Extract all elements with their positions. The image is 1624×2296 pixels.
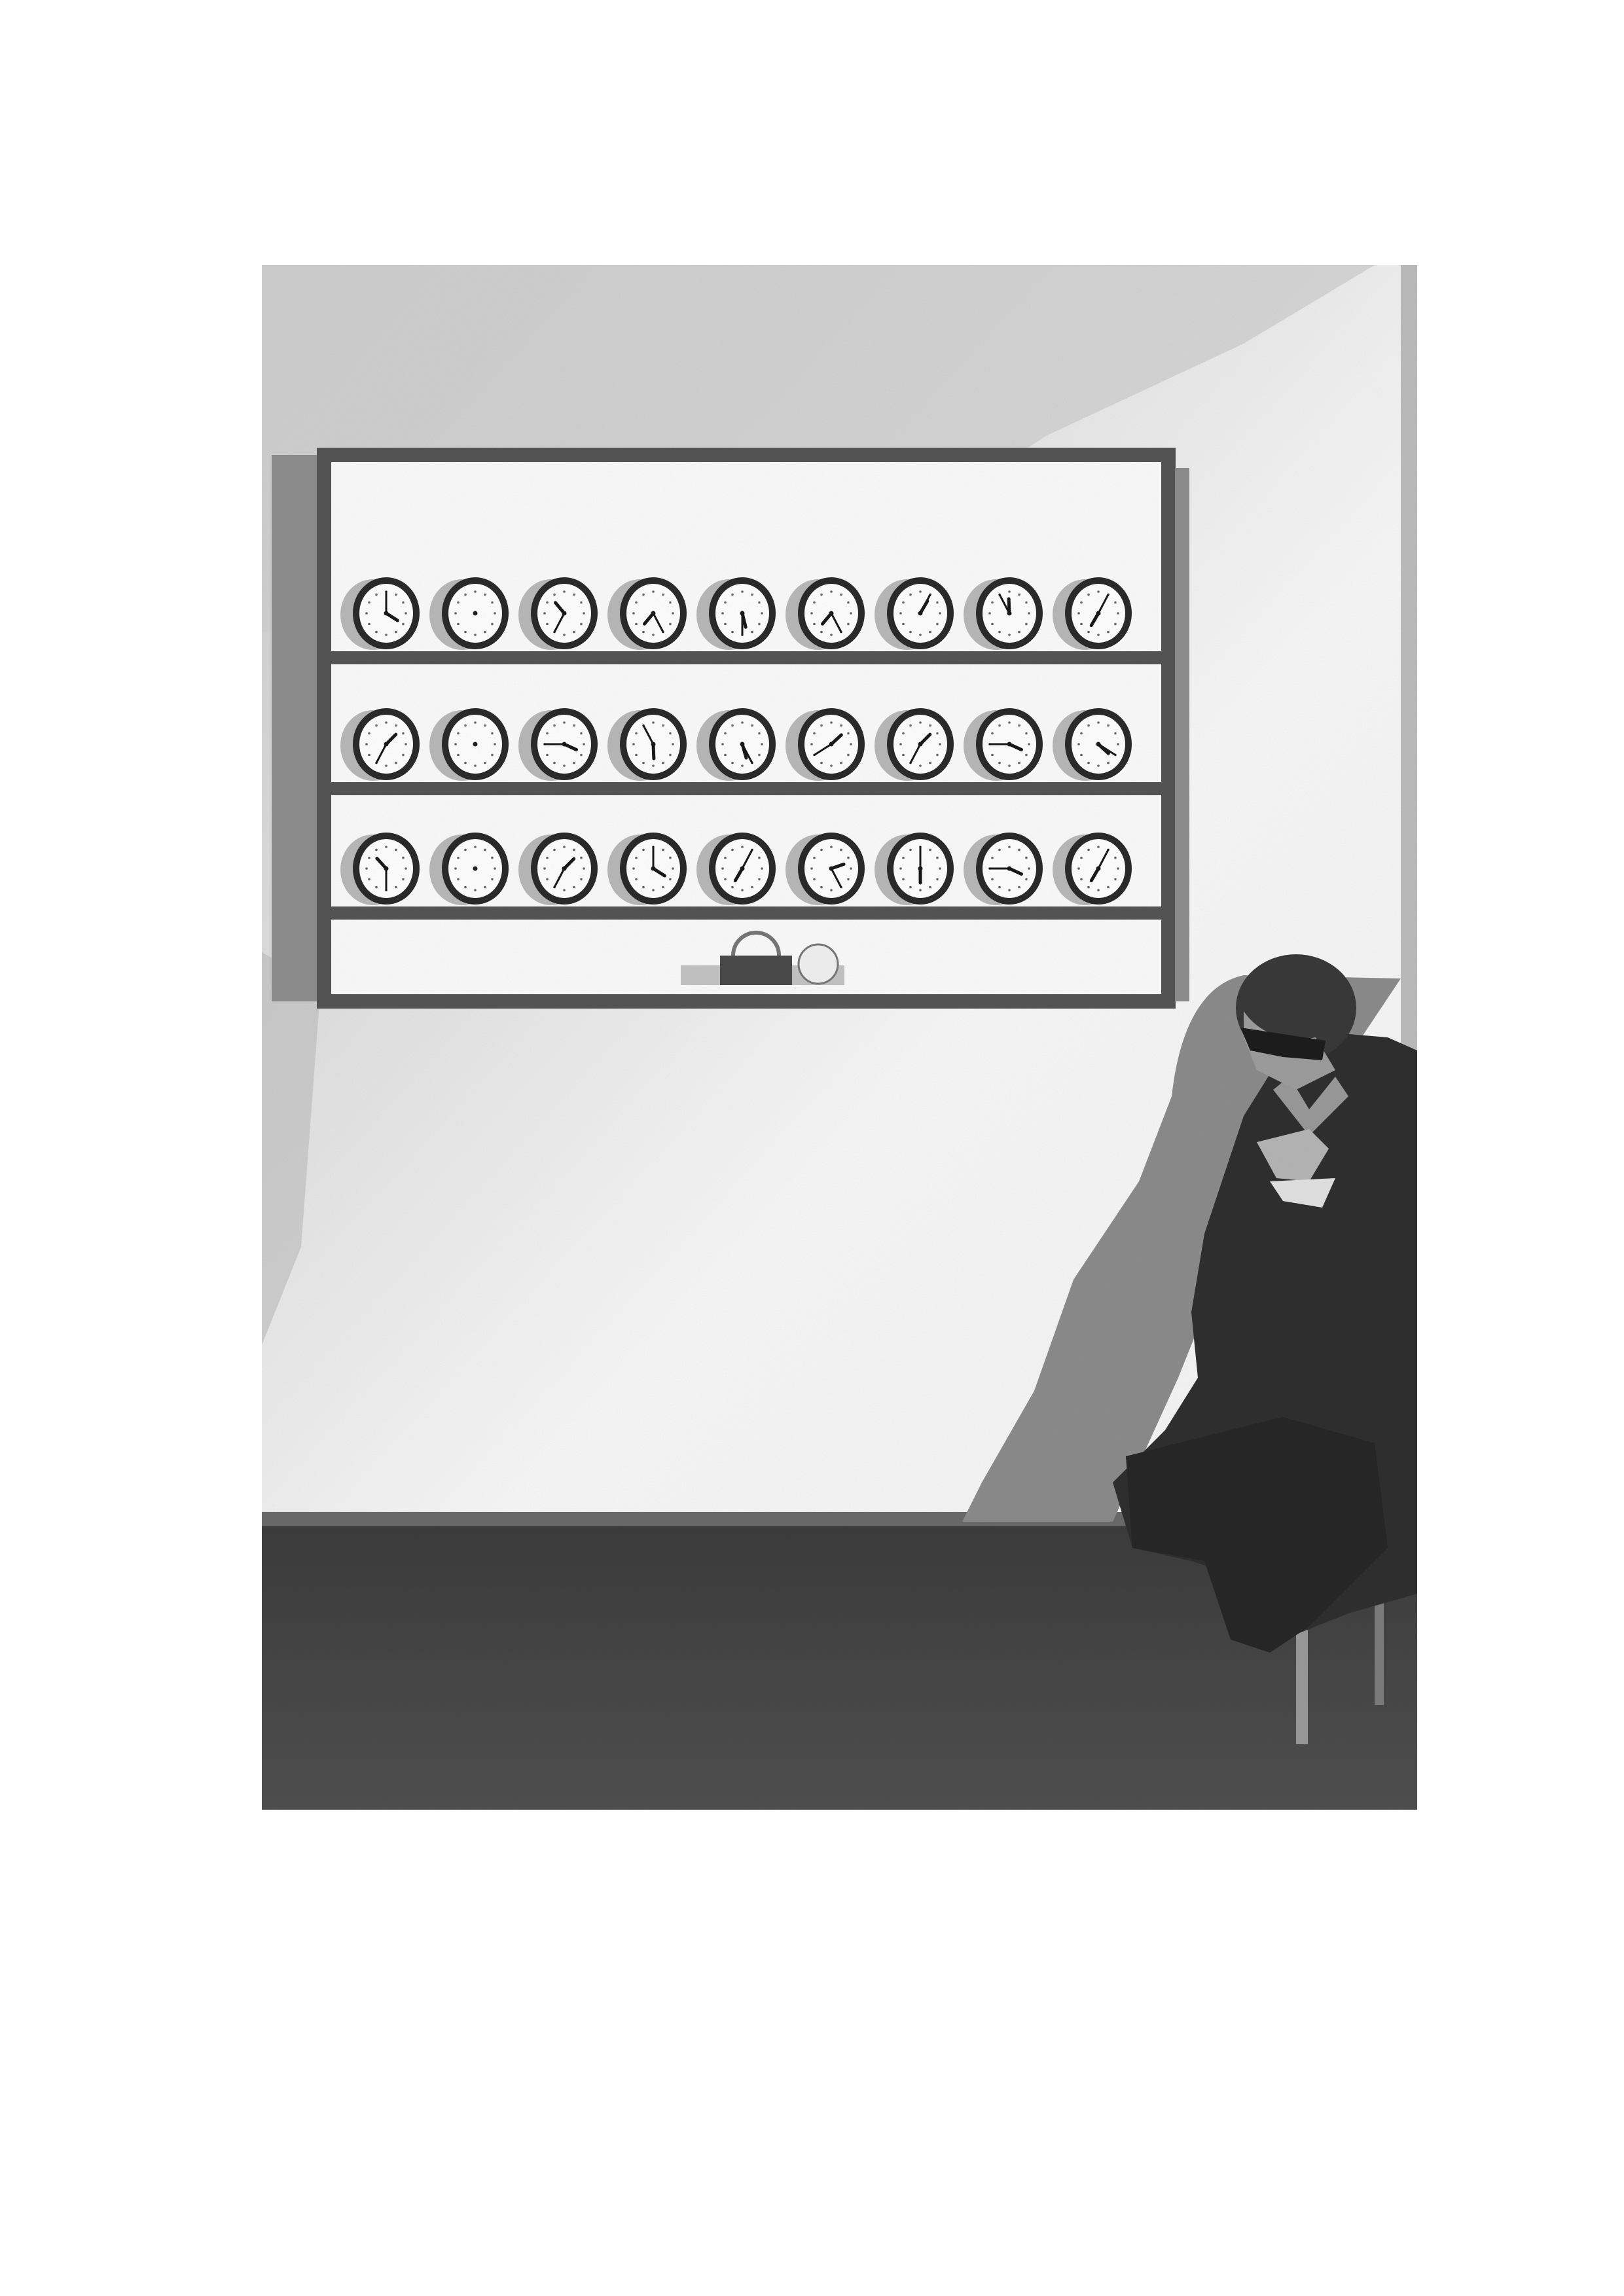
clock-tick (1097, 721, 1100, 724)
clock-tick (813, 857, 816, 859)
clock-tick (1025, 732, 1028, 735)
clock-tick (375, 631, 378, 634)
clock-tick (1008, 721, 1011, 724)
clock-tick (652, 764, 655, 767)
clock-tick (632, 743, 635, 745)
clock-tick (991, 754, 994, 757)
clock-tick (662, 849, 664, 852)
clock-tick (583, 867, 585, 870)
clock-tick (902, 857, 905, 859)
clock-tick (1028, 612, 1030, 615)
clock-tick (1087, 631, 1090, 634)
clock-tick (758, 623, 761, 626)
clock-tick (741, 764, 744, 767)
clock-tick (741, 846, 744, 848)
clock-tick (761, 612, 763, 615)
clock-tick (672, 867, 674, 870)
clock-tick (919, 889, 922, 891)
clock-tick (546, 754, 549, 757)
clock-tick (1114, 857, 1117, 859)
clock-tick (491, 754, 494, 757)
clock-tick (724, 601, 727, 604)
clock-tick (642, 631, 645, 634)
clock-tick (375, 886, 378, 889)
clock-tick (563, 846, 566, 848)
clock-pin (473, 742, 478, 747)
clock-tick (830, 889, 833, 891)
clock-tick (395, 725, 397, 727)
clock-tick (573, 886, 575, 889)
clock-tick (1080, 623, 1083, 626)
clock-tick (491, 623, 494, 626)
clock-tick (721, 612, 724, 615)
clock-tick (1080, 732, 1083, 735)
clock-tick (583, 743, 585, 745)
clock-tick (385, 764, 388, 767)
clock-tick (474, 764, 477, 767)
clock-tick (909, 849, 912, 852)
shelf-board (324, 782, 1168, 795)
clock-tick (652, 721, 655, 724)
clock-tick (1025, 754, 1028, 757)
clock-tick (847, 732, 850, 735)
clock-tick (457, 601, 460, 604)
clock-tick (375, 594, 378, 596)
clock-pin (473, 611, 478, 616)
clock-tick (899, 743, 902, 745)
clock-tick (820, 886, 823, 889)
clock-tick (731, 886, 734, 889)
clock-tick (820, 725, 823, 727)
clock-tick (635, 754, 638, 757)
clock-tick (741, 721, 744, 724)
clock-tick (820, 631, 823, 634)
clock-tick (1107, 631, 1110, 634)
clock-tick (635, 732, 638, 735)
clock-tick (395, 762, 397, 764)
shelf-right-board (1175, 468, 1189, 1001)
clock-tick (580, 732, 583, 735)
clock-tick (909, 725, 912, 727)
clock-tick (395, 631, 397, 634)
clock-tick (909, 631, 912, 634)
clock-tick (929, 762, 931, 764)
clock-tick (850, 867, 852, 870)
clock-tick (368, 623, 370, 626)
clock-tick (919, 634, 922, 636)
clock-tick (553, 594, 556, 596)
clock-tick (830, 764, 833, 767)
clock-tick (652, 889, 655, 891)
clock-tick (1025, 878, 1028, 881)
clock-shelf (272, 455, 1189, 1001)
clock-tick (491, 878, 494, 881)
clock-tick (669, 601, 672, 604)
clock-tick (758, 601, 761, 604)
clock-tick (464, 886, 467, 889)
clock-tick (375, 725, 378, 727)
clock-tick (484, 762, 486, 764)
clock-tick (457, 857, 460, 859)
clock-tick (820, 849, 823, 852)
clock-tick (402, 857, 405, 859)
clock-tick (810, 612, 813, 615)
clock-tick (724, 857, 727, 859)
clock-tick (939, 867, 941, 870)
clock-tick (751, 594, 753, 596)
clock-tick (402, 878, 405, 881)
clock-tick (902, 732, 905, 735)
clock-tick (563, 721, 566, 724)
clock-tick (365, 743, 368, 745)
clock-tick (820, 594, 823, 596)
clock-tick (1080, 601, 1083, 604)
clock-tick (909, 886, 912, 889)
clock-tick (385, 634, 388, 636)
clock-tick (919, 721, 922, 724)
clock-tick (543, 867, 546, 870)
clock-tick (847, 623, 850, 626)
clock-tick (929, 725, 931, 727)
clock-tick (494, 867, 496, 870)
clock-tick (662, 725, 664, 727)
clock-tick (546, 878, 549, 881)
clock-tick (1087, 725, 1090, 727)
clock-tick (546, 732, 549, 735)
clock-tick (1114, 878, 1117, 881)
clock-tick (929, 849, 931, 852)
clock-tick (1097, 846, 1100, 848)
clock-tick (936, 732, 939, 735)
clock-tick (1025, 601, 1028, 604)
clock-tick (1018, 849, 1020, 852)
clock-tick (1008, 764, 1011, 767)
clock-tick (669, 878, 672, 881)
clock-tick (635, 623, 638, 626)
clock-tick (813, 601, 816, 604)
clock-tick (936, 878, 939, 881)
clock-tick (642, 594, 645, 596)
clock-tick (669, 732, 672, 735)
clock-tick (563, 634, 566, 636)
clock-tick (936, 601, 939, 604)
clock-tick (669, 754, 672, 757)
clock-tick (1077, 743, 1080, 745)
clock-tick (454, 867, 457, 870)
clock-tick (998, 725, 1001, 727)
shelf-board (324, 906, 1168, 920)
clock-tick (991, 878, 994, 881)
clock-tick (1097, 634, 1100, 636)
clock-tick (474, 889, 477, 891)
clock-tick (724, 878, 727, 881)
clock-tick (1117, 743, 1119, 745)
clock-tick (847, 754, 850, 757)
clock-tick (1107, 886, 1110, 889)
clock-tick (662, 762, 664, 764)
clock-tick (1077, 612, 1080, 615)
clock-tick (464, 631, 467, 634)
photograph (262, 265, 1417, 1810)
clock-tick (553, 725, 556, 727)
clock-tick (731, 594, 734, 596)
clock-tick (457, 623, 460, 626)
clock-tick (1107, 762, 1110, 764)
clock-tick (731, 849, 734, 852)
shelf-left-board (272, 455, 324, 1001)
clock-tick (635, 601, 638, 604)
shelf-board (324, 651, 1168, 664)
clock-tick (830, 846, 833, 848)
clock-tick (810, 743, 813, 745)
clock-tick (464, 594, 467, 596)
clock-tick (1097, 889, 1100, 891)
clock-tick (553, 762, 556, 764)
clock-tick (939, 612, 941, 615)
clock-tick (652, 590, 655, 593)
clock-tick (850, 612, 852, 615)
clock-tick (405, 867, 407, 870)
mechanism-dial (799, 944, 838, 984)
clock-tick (464, 849, 467, 852)
clock-tick (902, 754, 905, 757)
clock-tick (662, 594, 664, 596)
clock-tick (1087, 849, 1090, 852)
clock-tick (580, 878, 583, 881)
clock-tick (1097, 590, 1100, 593)
clock-tick (820, 762, 823, 764)
clock-tick (546, 857, 549, 859)
clock-tick (457, 878, 460, 881)
clock-tick (902, 623, 905, 626)
clock-tick (1025, 857, 1028, 859)
clock-tick (724, 732, 727, 735)
clock-tick (991, 732, 994, 735)
clock-tick (847, 878, 850, 881)
clock-tick (929, 631, 931, 634)
clock-tick (840, 594, 842, 596)
clock-tick (1087, 886, 1090, 889)
clock-tick (484, 631, 486, 634)
clock-tick (1008, 634, 1011, 636)
clock-tick (365, 612, 368, 615)
clock-tick (751, 886, 753, 889)
clock-tick (1028, 743, 1030, 745)
clock-tick (402, 732, 405, 735)
clock-tick (365, 867, 368, 870)
clock-tick (580, 623, 583, 626)
clock-tick (1080, 878, 1083, 881)
clock-tick (573, 594, 575, 596)
clock-tick (840, 849, 842, 852)
clock-tick (402, 601, 405, 604)
clock-hour-hand (653, 744, 654, 759)
clock-tick (998, 762, 1001, 764)
clock-tick (672, 743, 674, 745)
clock-tick (1025, 623, 1028, 626)
clock-tick (632, 612, 635, 615)
clock-tick (813, 623, 816, 626)
clock-tick (402, 754, 405, 757)
clock-tick (395, 886, 397, 889)
clock-tick (635, 857, 638, 859)
clock-tick (1080, 754, 1083, 757)
clock-tick (758, 878, 761, 881)
clock-tick (573, 725, 575, 727)
clock-tick (991, 623, 994, 626)
clock-tick (368, 754, 370, 757)
clock-tick (1008, 590, 1011, 593)
clock-tick (1087, 762, 1090, 764)
clock-tick (375, 849, 378, 852)
clock-tick (1018, 762, 1020, 764)
clock-tick (669, 623, 672, 626)
clock-tick (368, 732, 370, 735)
clock-tick (991, 857, 994, 859)
clock-tick (998, 886, 1001, 889)
clock-tick (1008, 846, 1011, 848)
clock-tick (1097, 764, 1100, 767)
clock-tick (662, 886, 664, 889)
clock-tick (936, 754, 939, 757)
clock-tick (563, 889, 566, 891)
clock-tick (405, 743, 407, 745)
clock-tick (491, 601, 494, 604)
clock-tick (731, 762, 734, 764)
clock-tick (484, 594, 486, 596)
clock-tick (457, 732, 460, 735)
clock-tick (632, 867, 635, 870)
clock-tick (1114, 623, 1117, 626)
clock-tick (491, 732, 494, 735)
clock-tick (1087, 594, 1090, 596)
photo-scene (262, 265, 1417, 1810)
clock-tick (543, 612, 546, 615)
clock-tick (642, 762, 645, 764)
clock-tick (546, 623, 549, 626)
clock-tick (491, 857, 494, 859)
clock-tick (405, 612, 407, 615)
clock-tick (395, 594, 397, 596)
clock-tick (830, 590, 833, 593)
clock-tick (741, 590, 744, 593)
clock-tick (395, 849, 397, 852)
clock-tick (936, 857, 939, 859)
clock-tick (724, 623, 727, 626)
clock-tick (929, 886, 931, 889)
clock-tick (1117, 612, 1119, 615)
clock-tick (573, 631, 575, 634)
clock-tick (919, 764, 922, 767)
clock-tick (758, 732, 761, 735)
clock-tick (758, 754, 761, 757)
clock-tick (494, 612, 496, 615)
clock-tick (385, 721, 388, 724)
clock-tick (454, 743, 457, 745)
clock-tick (988, 612, 991, 615)
clock-tick (830, 721, 833, 724)
clock-tick (464, 725, 467, 727)
clock-tick (813, 878, 816, 881)
clock-tick (580, 754, 583, 757)
clock-tick (464, 762, 467, 764)
clock-tick (457, 754, 460, 757)
clock-tick (761, 867, 763, 870)
clock-tick (368, 857, 370, 859)
clock-tick (830, 634, 833, 636)
clock-tick (758, 857, 761, 859)
clock-tick (1107, 725, 1110, 727)
clock-tick (1018, 631, 1020, 634)
clock-pin (473, 867, 478, 871)
clock-tick (1018, 725, 1020, 727)
clock-tick (902, 601, 905, 604)
clock-tick (840, 725, 842, 727)
clock-tick (546, 601, 549, 604)
mechanism-body (720, 956, 792, 985)
clock-tick (850, 743, 852, 745)
clock-tick (919, 590, 922, 593)
clock-tick (484, 725, 486, 727)
clock-tick (1114, 601, 1117, 604)
clock-tick (899, 867, 902, 870)
clock-tick (402, 623, 405, 626)
clock-tick (724, 754, 727, 757)
clock-tick (580, 857, 583, 859)
clock-tick (731, 725, 734, 727)
clock-tick (573, 762, 575, 764)
clock-tick (1018, 886, 1020, 889)
clock-tick (991, 601, 994, 604)
clock-tick (909, 594, 912, 596)
clock-tick (899, 612, 902, 615)
clock-tick (563, 590, 566, 593)
clock-tick (1077, 867, 1080, 870)
clock-tick (847, 601, 850, 604)
clock-tick (731, 631, 734, 634)
clock-tick (1117, 867, 1119, 870)
clock-tick (484, 849, 486, 852)
clock-tick (642, 849, 645, 852)
clock-tick (813, 732, 816, 735)
clock-tick (642, 886, 645, 889)
clock-tick (652, 634, 655, 636)
clock-tick (761, 743, 763, 745)
clock-tick (998, 849, 1001, 852)
clock-tick (573, 849, 575, 852)
clock-tick (635, 878, 638, 881)
clock-tick (553, 849, 556, 852)
clock-tick (1008, 889, 1011, 891)
clock-tick (847, 857, 850, 859)
clock-tick (368, 878, 370, 881)
clock-tick (721, 743, 724, 745)
clock-tick (1080, 857, 1083, 859)
clock-tick (583, 612, 585, 615)
clock-tick (840, 762, 842, 764)
clock-tick (454, 612, 457, 615)
clock-tick (936, 623, 939, 626)
clock-tick (368, 601, 370, 604)
clock-tick (998, 631, 1001, 634)
clock-tick (741, 889, 744, 891)
clock-tick (474, 721, 477, 724)
clock-tick (474, 590, 477, 593)
clock-tick (1018, 594, 1020, 596)
clock-tick (385, 846, 388, 848)
clock-tick (751, 725, 753, 727)
clock-tick (669, 857, 672, 859)
